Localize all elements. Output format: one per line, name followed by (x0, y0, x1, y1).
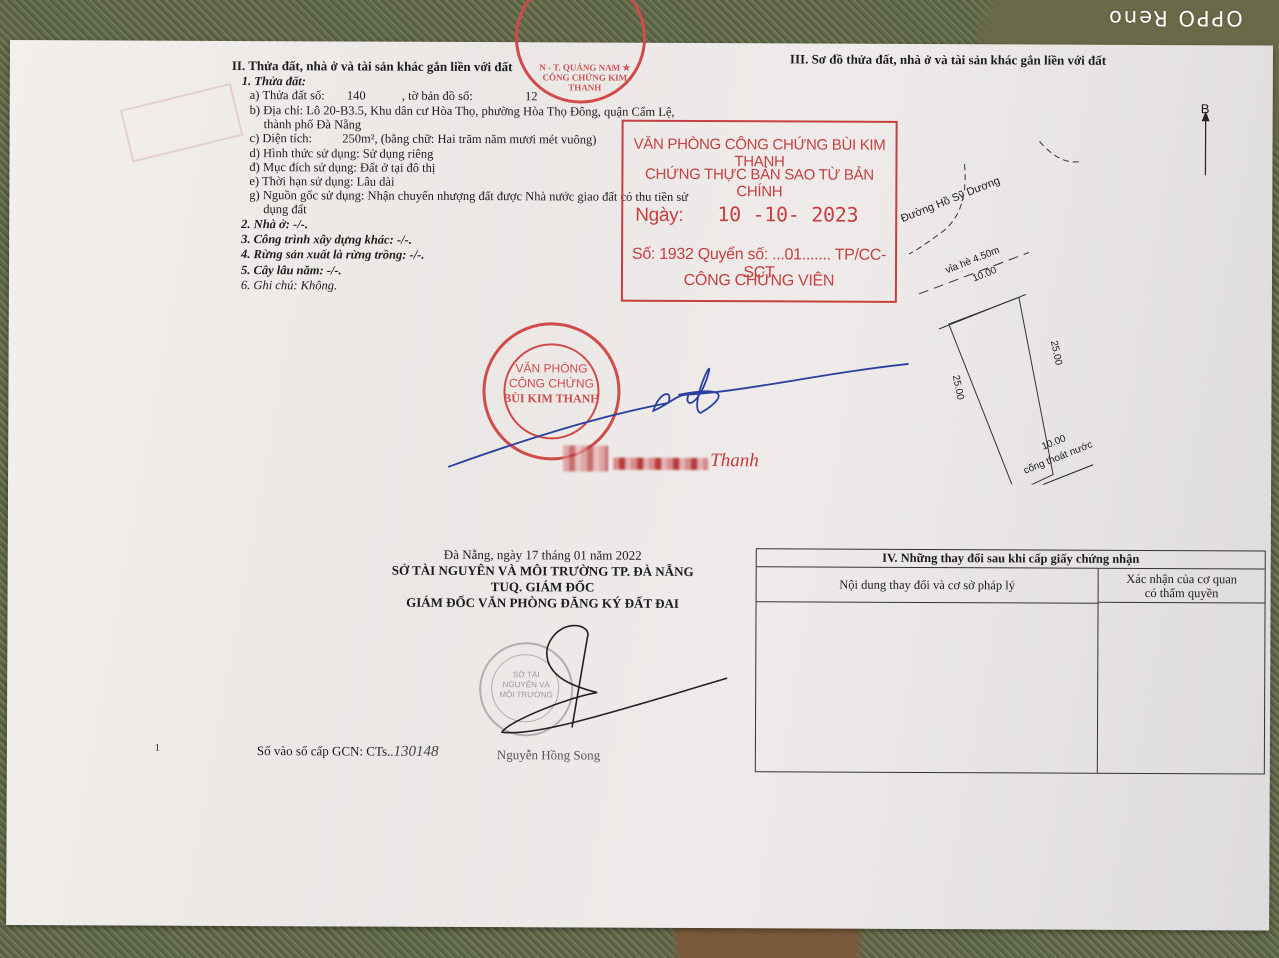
stamp-date-label: Ngày: (635, 205, 683, 226)
address-label: b) Địa chỉ: (250, 103, 304, 117)
parcel-number: 140 (347, 88, 366, 102)
issuing-department: SỞ TÀI NGUYÊN VÀ MÔI TRƯỜNG TP. ĐÀ NẴNG (373, 563, 713, 580)
north-label: B (1201, 101, 1210, 116)
place-date: Đà Nẵng, ngày 17 tháng 01 năm 2022 (373, 547, 713, 564)
origin-line2: dụng đất (263, 202, 306, 217)
item-house: 2. Nhà ở: -/-. (241, 217, 308, 232)
map-sheet-label: , tờ bản đồ số: (402, 89, 473, 103)
land-plot-diagram (888, 84, 1250, 486)
land-heading: 1. Thửa đất: (242, 74, 306, 89)
registry-row: Số vào sổ cấp GCN: CTs..130148 (257, 743, 439, 761)
stamp-certify: CHỨNG THỰC BẢN SAO TỪ BẢN CHÍNH (623, 166, 895, 201)
issuer-signature (477, 617, 738, 758)
signer-title: GIÁM ĐỐC VĂN PHÒNG ĐĂNG KÝ ĐẤT ĐAI (373, 595, 713, 612)
section-2-title: II. Thửa đất, nhà ở và tài sản khác gắn … (232, 58, 513, 75)
registry-number: 130148 (394, 744, 439, 760)
area-row: c) Diện tích: 250m², (bằng chữ: Hai trăm… (250, 131, 597, 148)
bleed-through-stamp (120, 83, 244, 163)
stamp-date-row: Ngày: 10 -10- 2023 (623, 202, 895, 228)
on-behalf-of: TUQ. GIÁM ĐỐC (373, 579, 713, 596)
usage-form: Sử dụng riêng (363, 147, 434, 161)
parcel-label: a) Thửa đất số: (250, 88, 325, 102)
redacted-notary-name (563, 445, 608, 471)
item-note: 6. Ghi chú: Không. (241, 278, 337, 293)
signer-name: Nguyễn Hồng Song (497, 747, 600, 763)
notary-name-suffix: Thanh (710, 450, 759, 472)
column-authority-line1: Xác nhận của cơ quan (1099, 572, 1265, 587)
camera-watermark: OPPO Reno (1107, 6, 1243, 30)
certificate-page: N - T. QUẢNG NAM ★ CÔNG CHỨNG KIM THANH … (6, 40, 1273, 931)
table-divider (1097, 603, 1099, 773)
changes-table-title: IV. Những thay đổi sau khi cấp giấy chứn… (757, 549, 1265, 569)
term-label: e) Thời hạn sử dụng: (249, 174, 353, 188)
stamp-notary: CÔNG CHỨNG VIÊN (623, 272, 895, 291)
top-seal-text: N - T. QUẢNG NAM ★ CÔNG CHỨNG KIM THANH (530, 62, 640, 92)
purpose: Đất ở tại đô thị (360, 161, 435, 175)
origin-label: g) Nguồn gốc sử dụng: (249, 188, 364, 203)
map-sheet-number: 12 (525, 89, 538, 103)
item-forest: 4. Rừng sản xuất là rừng trồng: -/-. (241, 247, 425, 263)
item-perennial: 5. Cây lâu năm: -/-. (241, 263, 342, 278)
redacted-notary-name-2 (613, 458, 708, 470)
notary-certification-stamp: VĂN PHÒNG CÔNG CHỨNG BÙI KIM THANH CHỨNG… (621, 120, 898, 303)
column-change-content: Nội dung thay đổi và cơ sở pháp lý (757, 567, 1099, 603)
stamp-date: 10 -10- 2023 (717, 202, 858, 227)
page-marker: 1 (155, 743, 160, 754)
issuer-signature-block: Đà Nẵng, ngày 17 tháng 01 năm 2022 SỞ TÀ… (373, 547, 713, 612)
column-authority-line2: có thẩm quyền (1099, 586, 1265, 601)
parcel-row: a) Thửa đất số: 140 , tờ bản đồ số: 12 (250, 88, 538, 104)
column-authority-confirmation: Xác nhận của cơ quan có thẩm quyền (1099, 569, 1265, 604)
notary-signature (438, 332, 919, 474)
term: Lâu dài (357, 175, 395, 189)
usage-form-label: d) Hình thức sử dụng: (249, 146, 359, 160)
area-value: 250m², (bằng chữ: Hai trăm năm mươi mét … (342, 131, 596, 146)
area-label: c) Diện tích: (250, 131, 313, 145)
item-other-construction: 3. Công trình xây dựng khác: -/-. (241, 232, 412, 248)
registry-label: Số vào sổ cấp GCN: CTs (257, 743, 387, 759)
section-3-title: III. Sơ đồ thửa đất, nhà ở và tài sản kh… (790, 51, 1106, 68)
purpose-label: đ) Mục đích sử dụng: (249, 160, 357, 174)
changes-table: IV. Những thay đổi sau khi cấp giấy chứn… (755, 548, 1266, 774)
